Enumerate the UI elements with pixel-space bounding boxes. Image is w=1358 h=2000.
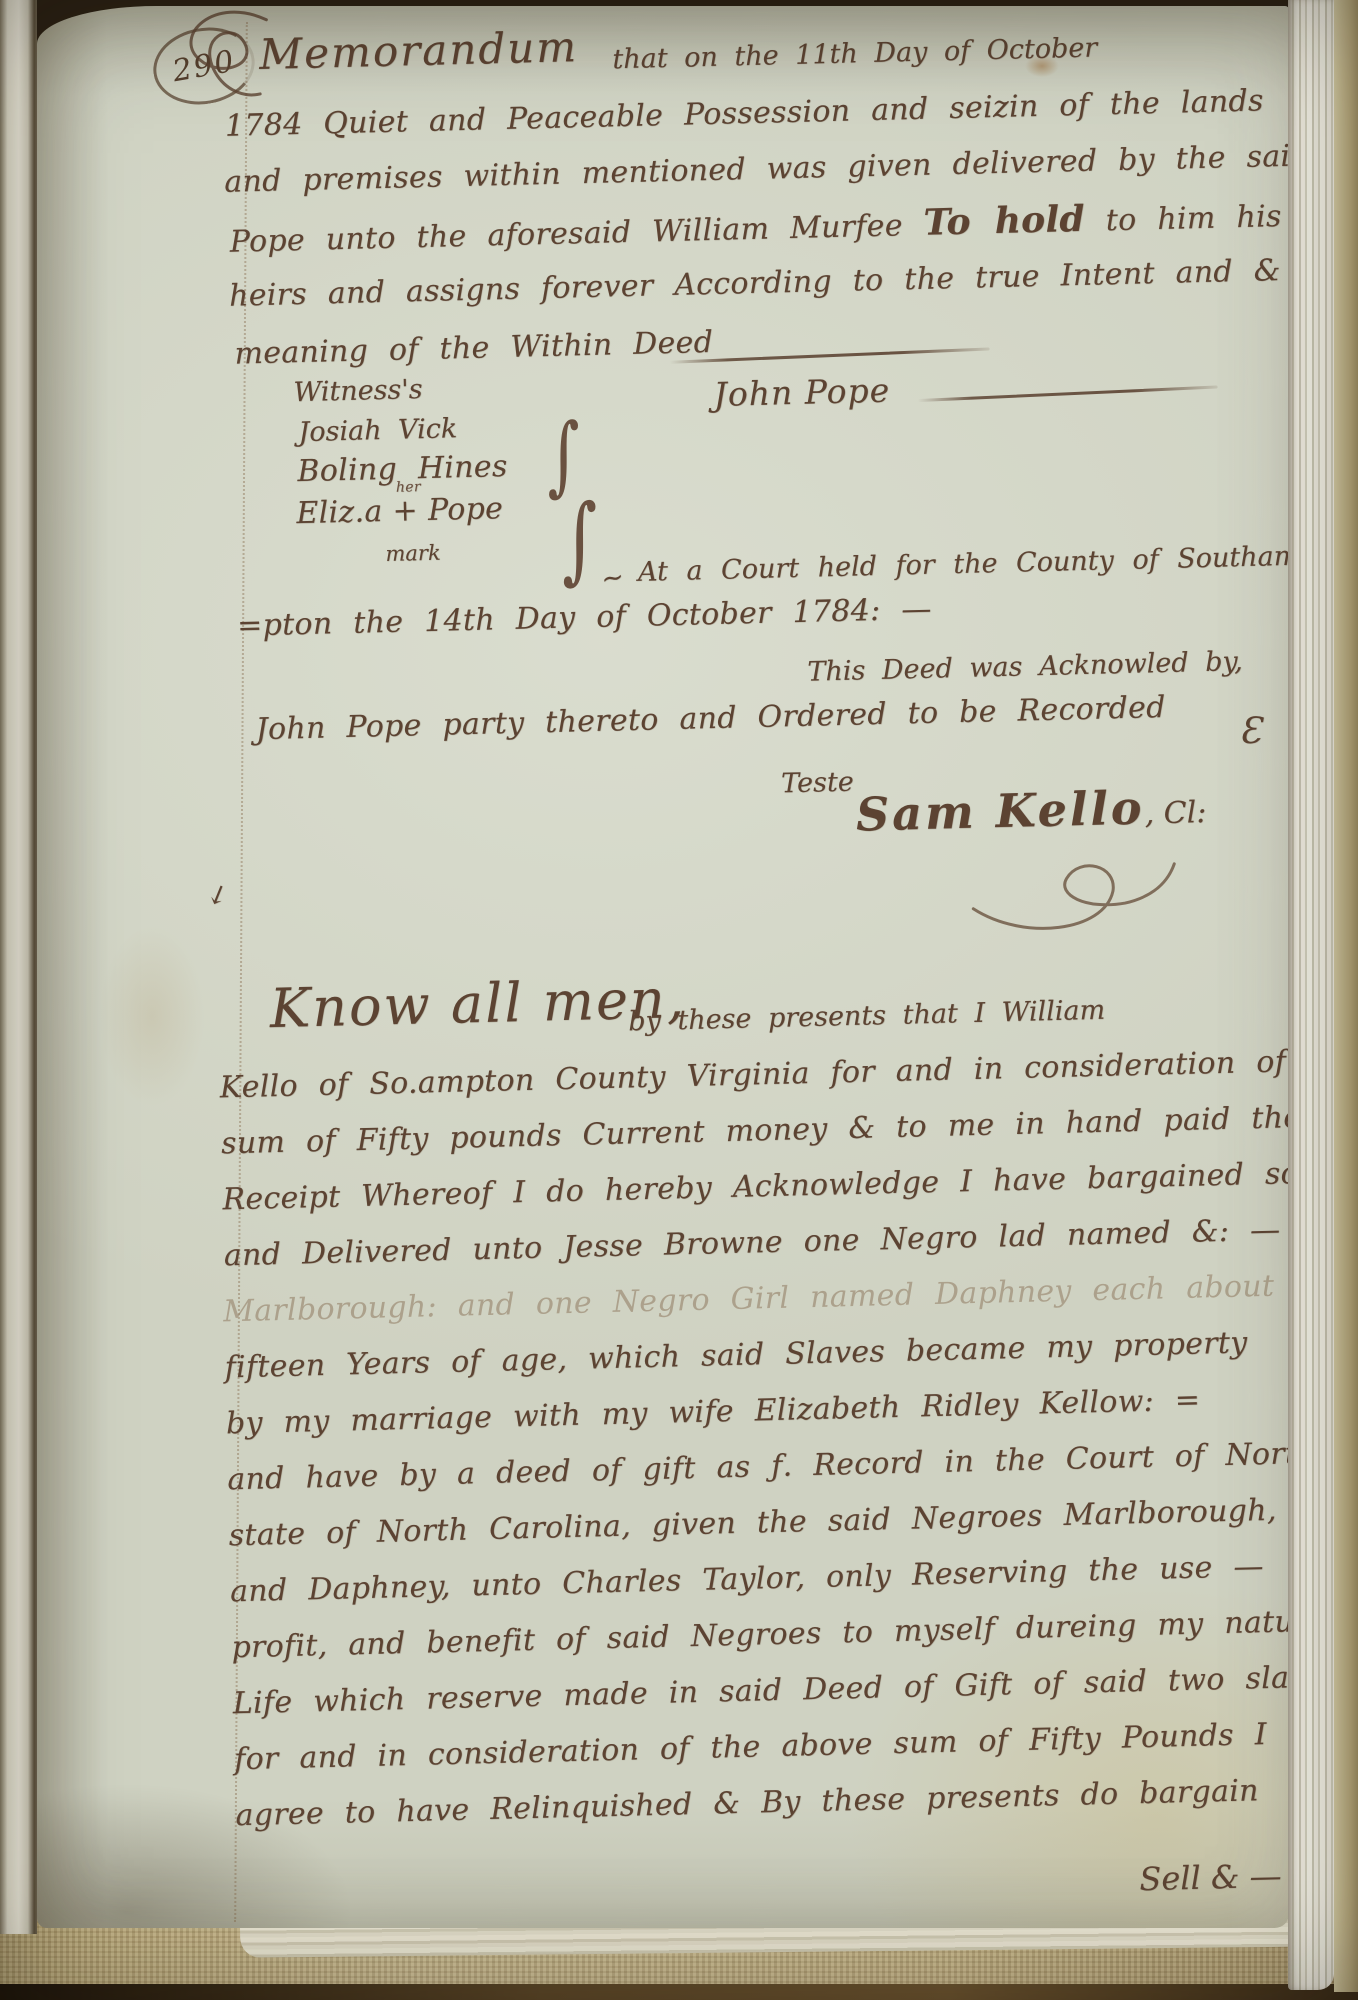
handwritten-line: sum of Fifty pounds Current money & to m…	[221, 1100, 1302, 1161]
handwritten-line: Life which reserve made in said Deed of …	[232, 1659, 1340, 1721]
manuscript-page: 290 Memorandum that on the 11th Day of O…	[37, 6, 1289, 1928]
book-fore-edge	[1334, 0, 1358, 1992]
handwritten-line: fifteen Years of age, which said Slaves …	[224, 1325, 1248, 1385]
catchword-sell: Sell & —	[1139, 1857, 1282, 1898]
right-page-stack-edge	[1288, 0, 1334, 1990]
handwritten-line: by my marriage with my wife Elizabeth Ri…	[226, 1383, 1201, 1442]
handwritten-line: and Daphney, unto Charles Taylor, only R…	[230, 1549, 1264, 1609]
table-edge-shadow	[0, 1984, 1358, 2000]
know-all-men-heading: Know all men,	[269, 967, 686, 1040]
deed-book-photograph: 290 Memorandum that on the 11th Day of O…	[0, 0, 1358, 2000]
handwritten-line: agree to have Relinquished & By these pr…	[235, 1773, 1259, 1833]
bill-of-sale-record: Know all men, by these presents that I W…	[11, 0, 1310, 1933]
heading-rest: by these presents that I William	[628, 995, 1106, 1038]
handwritten-line: for and in consideration of the above su…	[234, 1715, 1336, 1777]
handwritten-line: profit, and benefit of said Negroes to m…	[231, 1603, 1337, 1665]
handwritten-line: state of North Carolina, given the said …	[228, 1493, 1277, 1554]
handwritten-line: Receipt Whereof I do hereby Acknowledge …	[222, 1154, 1358, 1217]
handwritten-line: Kello of So.ampton County Virginia for a…	[219, 1043, 1357, 1106]
handwritten-line-faint: Marlborough: and one Negro Girl named Da…	[223, 1268, 1323, 1330]
handwritten-line: and have by a deed of gift as ƒ. Record …	[227, 1433, 1358, 1498]
handwritten-line: and Delivered unto Jesse Browne one Negr…	[223, 1213, 1280, 1274]
